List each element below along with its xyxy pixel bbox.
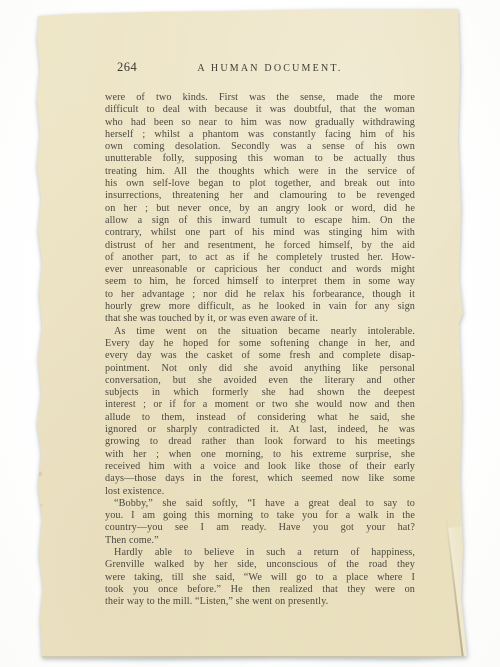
page-header: 264 A HUMAN DOCUMENT. xyxy=(105,60,415,78)
text-line: insurrections, threatening her and clamo… xyxy=(105,190,415,202)
text-line: Every day he hoped for some softening ch… xyxy=(105,338,415,350)
text-line: ignored or sharply contradicted it. At l… xyxy=(105,424,415,436)
text-line: hourly grew more difficult, as he looked… xyxy=(105,301,415,313)
text-line: who had been so near to him was now grad… xyxy=(105,117,415,129)
text-line: growing to dread rather than look forwar… xyxy=(105,436,415,448)
page-body: were of two kinds. First was the sense, … xyxy=(105,92,415,608)
text-line: distrust of her and resentment, he force… xyxy=(105,240,415,252)
running-header-title: A HUMAN DOCUMENT. xyxy=(197,63,342,74)
text-line: contrary, whilst one part of his mind wa… xyxy=(105,227,415,239)
text-line: allow a sign of this inward tumult to es… xyxy=(105,215,415,227)
text-line: every day was the casket of some fresh a… xyxy=(105,350,415,362)
photo-background: 264 A HUMAN DOCUMENT. were of two kinds.… xyxy=(0,0,500,667)
paragraph: As time went on the situation became nea… xyxy=(105,326,415,498)
text-line: pointment. Not only did she avoid anythi… xyxy=(105,363,415,375)
text-line: ever unreasonable or capricious her cond… xyxy=(105,264,415,276)
paragraph: were of two kinds. First was the sense, … xyxy=(105,92,415,326)
foxing-spot xyxy=(38,503,43,508)
text-line: his own self-love began to plot together… xyxy=(105,178,415,190)
text-line: Grenville walked by her side, unconsciou… xyxy=(105,559,415,571)
text-line: with her ; when one morning, to his extr… xyxy=(105,449,415,461)
text-line: conversation, but she avoided even the l… xyxy=(105,375,415,387)
text-line: seem to him, he forced himself to interp… xyxy=(105,276,415,288)
text-line: interest ; or if for a moment or two she… xyxy=(105,399,415,411)
text-line: Hardly able to believe in such a return … xyxy=(105,547,415,559)
text-line: subjects in which formerly she had shown… xyxy=(105,387,415,399)
text-line: were taking, till she said, “We will go … xyxy=(105,572,415,584)
text-line: country—you see I am ready. Have you got… xyxy=(105,522,415,534)
text-line: herself ; whilst a phantom was constantl… xyxy=(105,129,415,141)
foxing-spot xyxy=(36,470,43,478)
text-line: unutterable folly, supposing this woman … xyxy=(105,153,415,165)
text-line: to her advantage ; nor did he relax his … xyxy=(105,289,415,301)
text-line: As time went on the situation became nea… xyxy=(105,326,415,338)
page-bottom-edge xyxy=(42,656,462,658)
text-line: “Bobby,” she said softly, “I have a grea… xyxy=(105,498,415,510)
text-line: own coming desolation. Secondly was a se… xyxy=(105,141,415,153)
text-line: took you once before.” He then realized … xyxy=(105,584,415,596)
text-line: that she was touched by it, or was even … xyxy=(105,313,415,325)
text-line: were of two kinds. First was the sense, … xyxy=(105,92,415,104)
text-line: lost existence. xyxy=(105,486,415,498)
paragraph: “Bobby,” she said softly, “I have a grea… xyxy=(105,498,415,547)
text-line: on her ; but never once, by an angry loo… xyxy=(105,203,415,215)
book-page-container: 264 A HUMAN DOCUMENT. were of two kinds.… xyxy=(32,8,468,658)
text-line: difficult to deal with because it was do… xyxy=(105,104,415,116)
text-line: their way to the mill. “Listen,” she wen… xyxy=(105,596,415,608)
paragraph: Hardly able to believe in such a return … xyxy=(105,547,415,608)
text-line: of another part, to act as if he complet… xyxy=(105,252,415,264)
page-number: 264 xyxy=(117,60,137,75)
text-line: you. I am going this morning to take you… xyxy=(105,510,415,522)
text-line: days—those days in the forest, which see… xyxy=(105,473,415,485)
text-line: allude to them, instead of considering w… xyxy=(105,412,415,424)
text-line: received him with a voice and look like … xyxy=(105,461,415,473)
text-line: Then come.” xyxy=(105,535,415,547)
text-line: treating him. All the thoughts which wer… xyxy=(105,166,415,178)
book-page: 264 A HUMAN DOCUMENT. were of two kinds.… xyxy=(32,8,468,658)
